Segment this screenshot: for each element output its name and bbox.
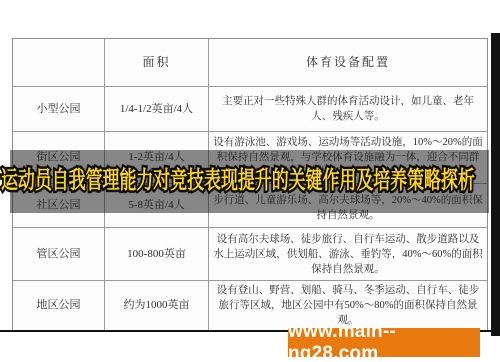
header-cell-config: 体育设备配置 — [208, 39, 487, 86]
table-header-row: 面积 体育设备配置 — [13, 39, 487, 86]
park-name: 管区公园 — [13, 228, 104, 280]
park-area: 100-800英亩 — [104, 228, 208, 280]
headline-overlay: 运动员自我管理能力对竞技表现提升的关键作用及培养策略探析 — [1, 165, 500, 197]
header-cell-blank — [13, 39, 104, 86]
header-cell-area: 面积 — [104, 39, 208, 86]
headline-text: 运动员自我管理能力对竞技表现提升的关键作用及培养策略探析 — [1, 165, 475, 197]
park-name: 地区公园 — [13, 281, 104, 330]
park-area: 1/4-1/2英亩/4人 — [104, 87, 208, 131]
park-config: 设有高尔夫球场、徒步旅行、自行车运动、散步道路以及水上运动区域，供划船、游泳、垂… — [208, 228, 487, 280]
park-config: 主要正对一些特殊人群的体育活动设计，如儿童、老年人、残疾人等。 — [208, 87, 487, 131]
right-edge-bar — [491, 33, 500, 336]
screenshot-page: 面积 体育设备配置 小型公园 1/4-1/2英亩/4人 主要正对一些特殊人群的体… — [0, 0, 500, 362]
site-url-text: www.main--ng28.com — [288, 321, 480, 362]
park-area: 约为1000英亩 — [104, 281, 208, 330]
park-name: 小型公园 — [13, 87, 104, 131]
table-row-small-park: 小型公园 1/4-1/2英亩/4人 主要正对一些特殊人群的体育活动设计，如儿童、… — [13, 86, 487, 131]
site-url-bar: www.main--ng28.com — [288, 328, 480, 357]
table-row-district-park: 管区公园 100-800英亩 设有高尔夫球场、徒步旅行、自行车运动、散步道路以及… — [13, 227, 487, 280]
